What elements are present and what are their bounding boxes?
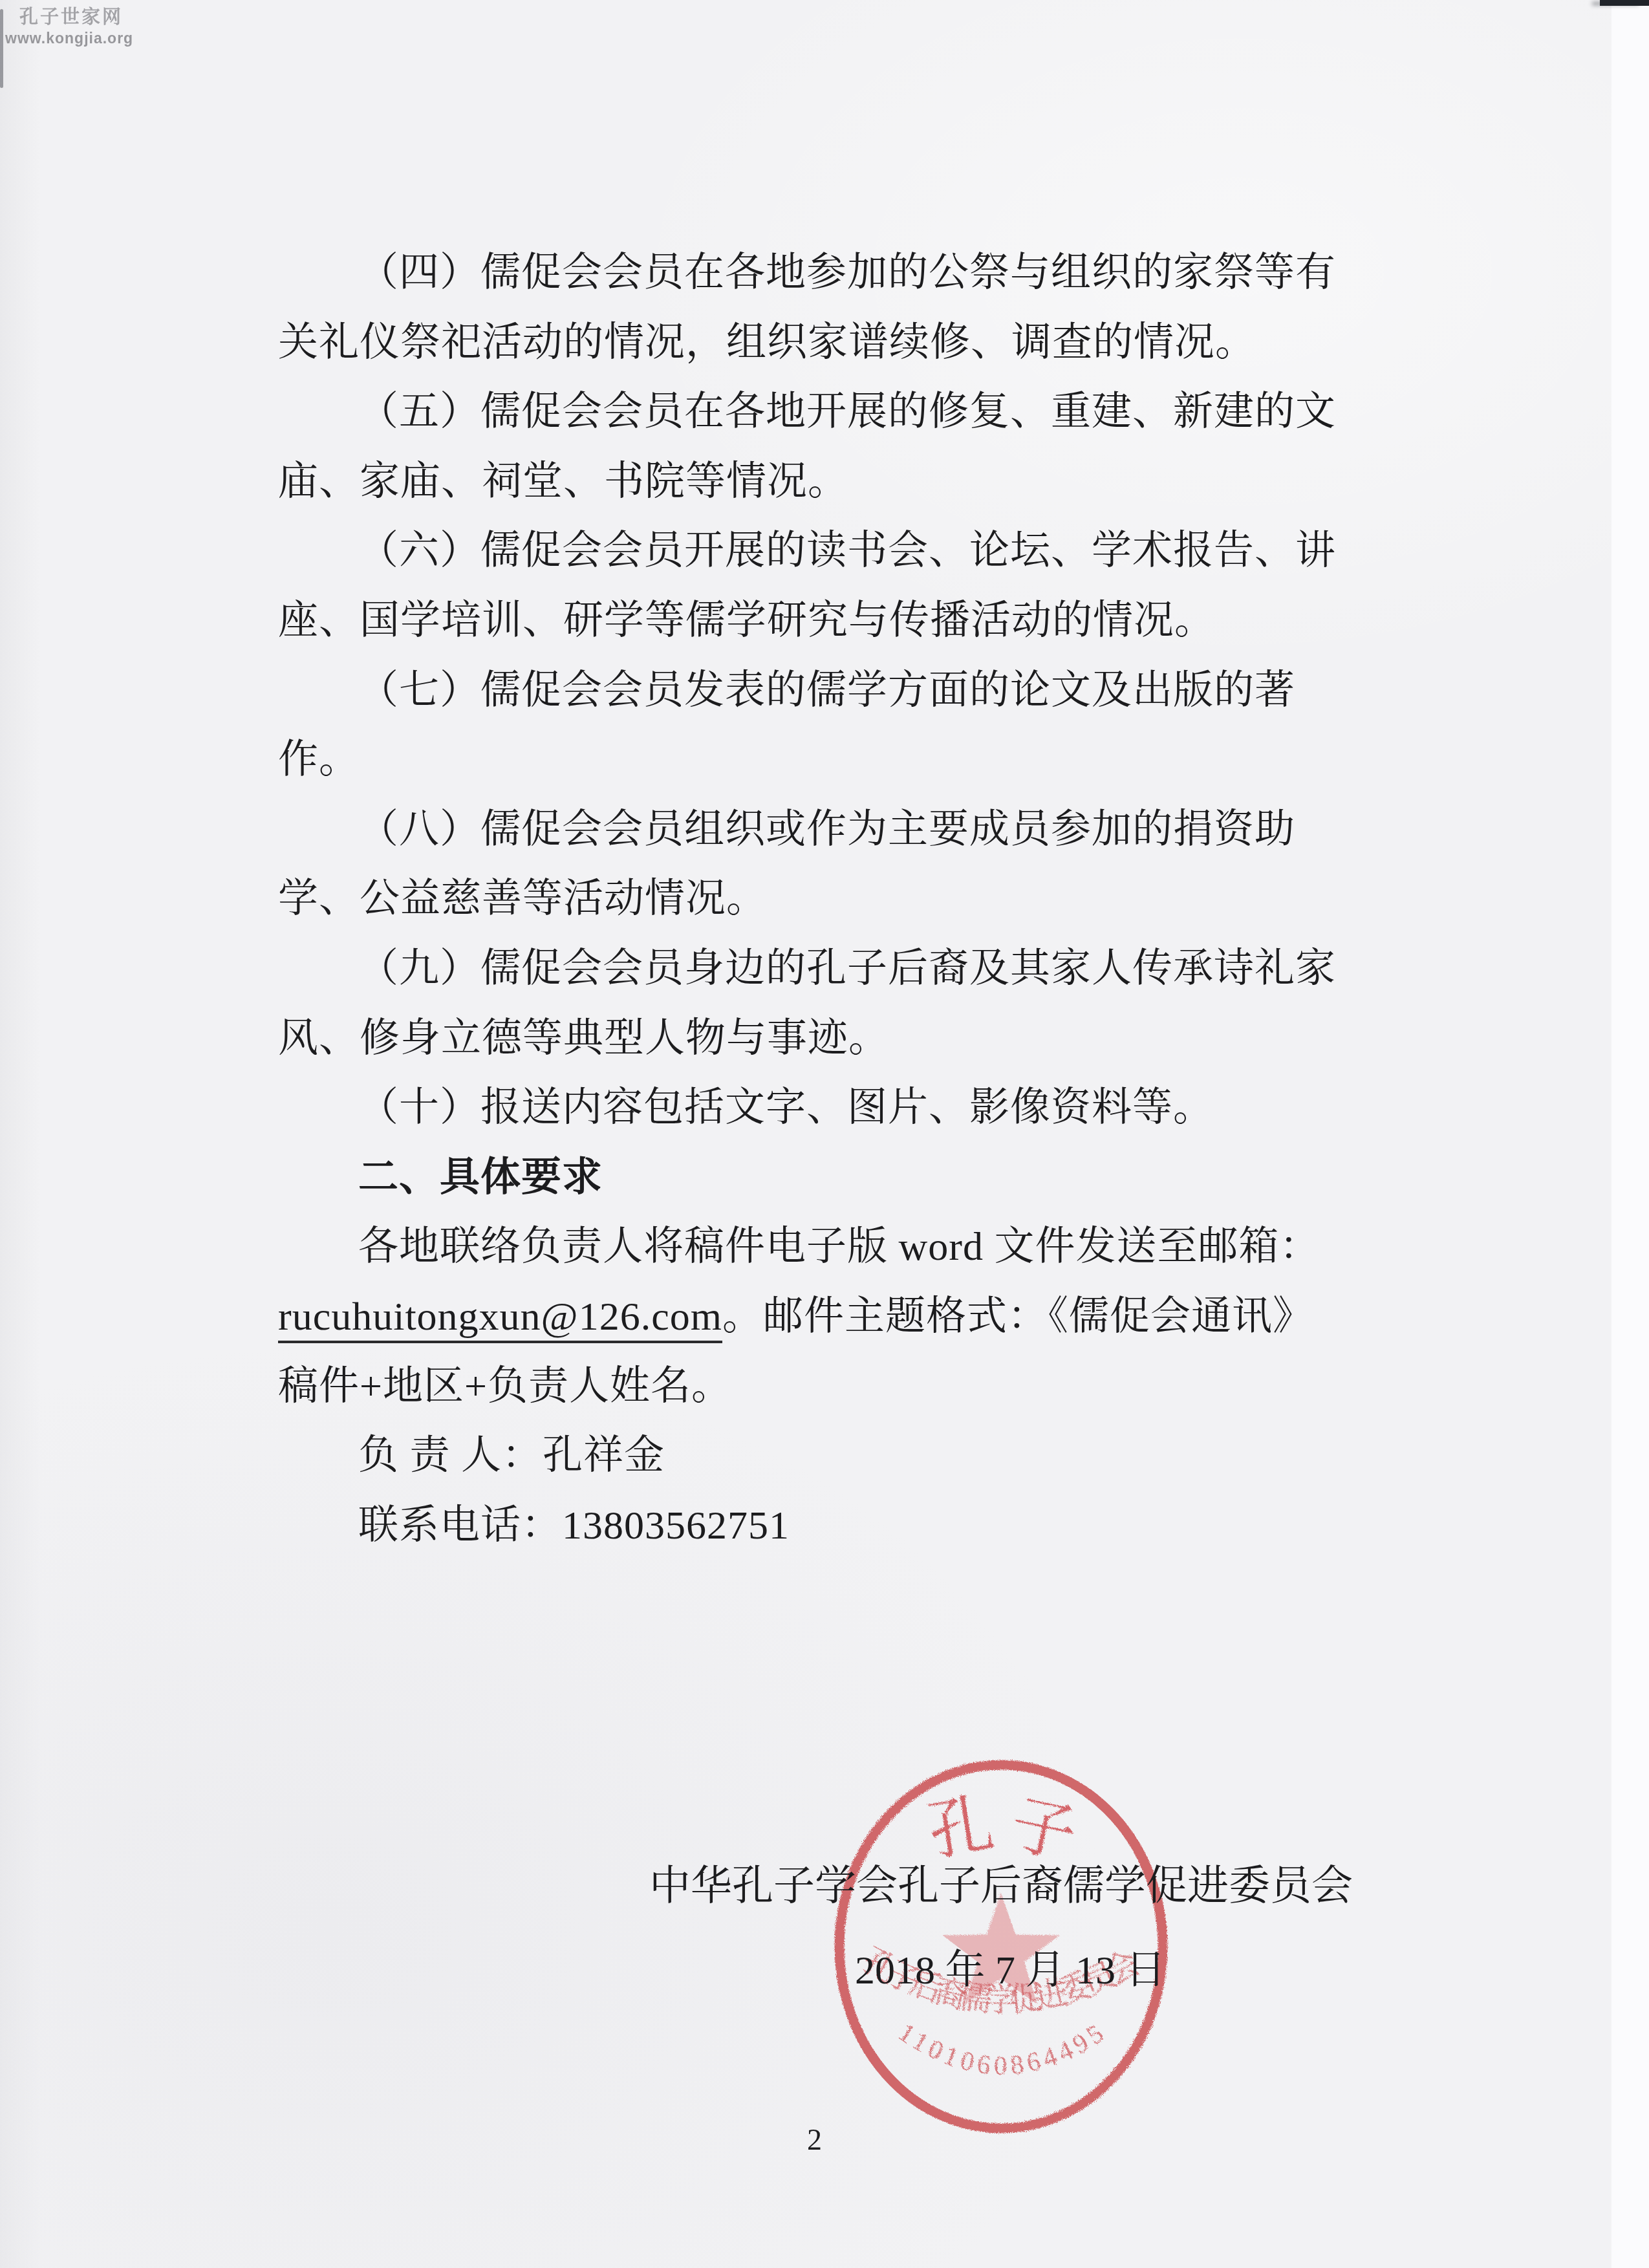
- email-line-rest: 。邮件主题格式：《儒促会通讯》: [722, 1295, 1313, 1339]
- scanner-top-edge-shadow: [1600, 0, 1649, 6]
- watermark-site-name: 孔子世家网: [19, 3, 133, 29]
- paragraph-line: 作。: [278, 726, 1374, 795]
- paragraph-line: 庙、家庙、祠堂、书院等情况。: [278, 448, 1374, 517]
- paragraph-line: （十）报送内容包括文字、图片、影像资料等。: [278, 1074, 1374, 1143]
- page-number: 2: [807, 2122, 822, 2157]
- contact-person-line: 负 责 人：孔祥金: [278, 1421, 1374, 1491]
- contact-phone-line: 联系电话：13803562751: [278, 1491, 1374, 1561]
- email-line: rucuhuitongxun@126.com。邮件主题格式：《儒促会通讯》: [278, 1282, 1374, 1352]
- paragraph-line: 风、修身立德等典型人物与事迹。: [278, 1004, 1374, 1074]
- paragraph-line: 学、公益慈善等活动情况。: [278, 865, 1374, 934]
- signature-date: 2018 年 7 月 13 日: [855, 1938, 1166, 1995]
- watermark-site-url: www.kongjia.org: [5, 30, 133, 47]
- paragraph-line: （七）儒促会会员发表的儒学方面的论文及出版的著: [278, 656, 1374, 726]
- paragraph-line: 关礼仪祭祀活动的情况，组织家谱续修、调查的情况。: [278, 308, 1374, 378]
- email-address: rucuhuitongxun@126.com: [278, 1295, 722, 1343]
- document-body: （四）儒促会会员在各地参加的公祭与组织的家祭等有 关礼仪祭祀活动的情况，组织家谱…: [278, 239, 1374, 1561]
- paragraph-line: （四）儒促会会员在各地参加的公祭与组织的家祭等有: [278, 239, 1374, 308]
- paragraph-line: （八）儒促会会员组织或作为主要成员参加的捐资助: [278, 795, 1374, 865]
- paragraph-line: 稿件+地区+负责人姓名。: [278, 1352, 1374, 1422]
- paragraph-line: （六）儒促会会员开展的读书会、论坛、学术报告、讲: [278, 517, 1374, 587]
- paragraph-line: 各地联络负责人将稿件电子版 word 文件发送至邮箱：: [278, 1213, 1374, 1282]
- scanner-edge-strip: [1611, 0, 1649, 2268]
- seal-serial-number: 1101060864495: [893, 2017, 1108, 2080]
- paragraph-line: （五）儒促会会员在各地开展的修复、重建、新建的文: [278, 378, 1374, 448]
- paragraph-line: 座、国学培训、研学等儒学研究与传播活动的情况。: [278, 587, 1374, 656]
- section-heading: 二、具体要求: [278, 1143, 1374, 1213]
- scanned-document-page: 孔子世家网 www.kongjia.org 孔 子 孔子后裔儒学促进委员会 11…: [0, 0, 1649, 2268]
- scanner-left-edge-mark: [0, 9, 3, 88]
- svg-text:1101060864495: 1101060864495: [893, 2017, 1108, 2080]
- site-watermark: 孔子世家网 www.kongjia.org: [5, 3, 133, 47]
- paragraph-line: （九）儒促会会员身边的孔子后裔及其家人传承诗礼家: [278, 934, 1374, 1004]
- signature-organization: 中华孔子学会孔子后裔儒学促进委员会: [649, 1852, 1353, 1912]
